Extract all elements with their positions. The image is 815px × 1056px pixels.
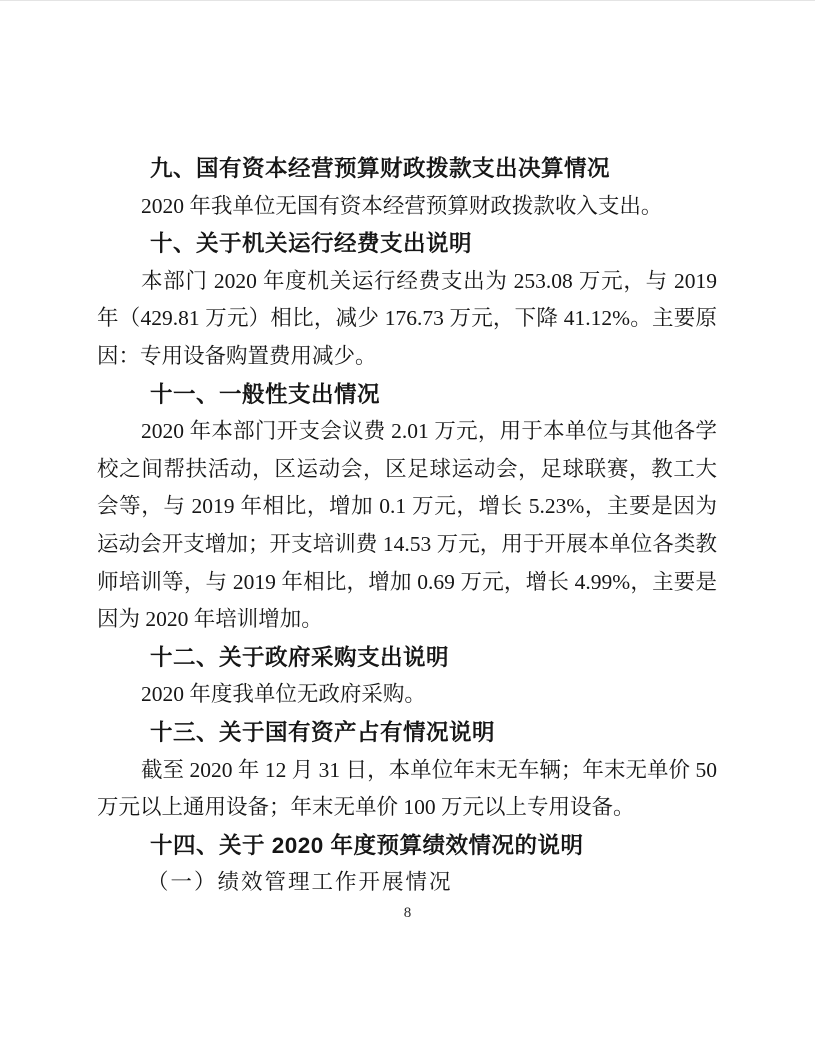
- section-heading-14: 十四、关于 2020 年度预算绩效情况的说明: [97, 827, 717, 865]
- section-11-paragraph: 2020 年本部门开支会议费 2.01 万元，用于本单位与其他各学校之间帮扶活动…: [97, 413, 717, 639]
- section-13-paragraph: 截至 2020 年 12 月 31 日，本单位年末无车辆；年末无单价 50 万元…: [97, 752, 717, 827]
- section-12-paragraph: 2020 年度我单位无政府采购。: [97, 676, 717, 714]
- section-heading-9: 九、国有资本经营预算财政拨款支出决算情况: [97, 150, 717, 188]
- page-number: 8: [404, 905, 412, 921]
- document-page: 九、国有资本经营预算财政拨款支出决算情况 2020 年我单位无国有资本经营预算财…: [0, 0, 815, 1056]
- section-14-subheading-1: （一）绩效管理工作开展情况: [97, 864, 717, 902]
- section-heading-12: 十二、关于政府采购支出说明: [97, 639, 717, 677]
- section-heading-11: 十一、一般性支出情况: [97, 376, 717, 414]
- document-body: 九、国有资本经营预算财政拨款支出决算情况 2020 年我单位无国有资本经营预算财…: [97, 150, 717, 902]
- section-9-paragraph: 2020 年我单位无国有资本经营预算财政拨款收入支出。: [97, 188, 717, 226]
- section-heading-13: 十三、关于国有资产占有情况说明: [97, 714, 717, 752]
- section-10-paragraph: 本部门 2020 年度机关运行经费支出为 253.08 万元，与 2019 年（…: [97, 263, 717, 376]
- section-heading-10: 十、关于机关运行经费支出说明: [97, 225, 717, 263]
- page-footer: 8: [0, 904, 815, 922]
